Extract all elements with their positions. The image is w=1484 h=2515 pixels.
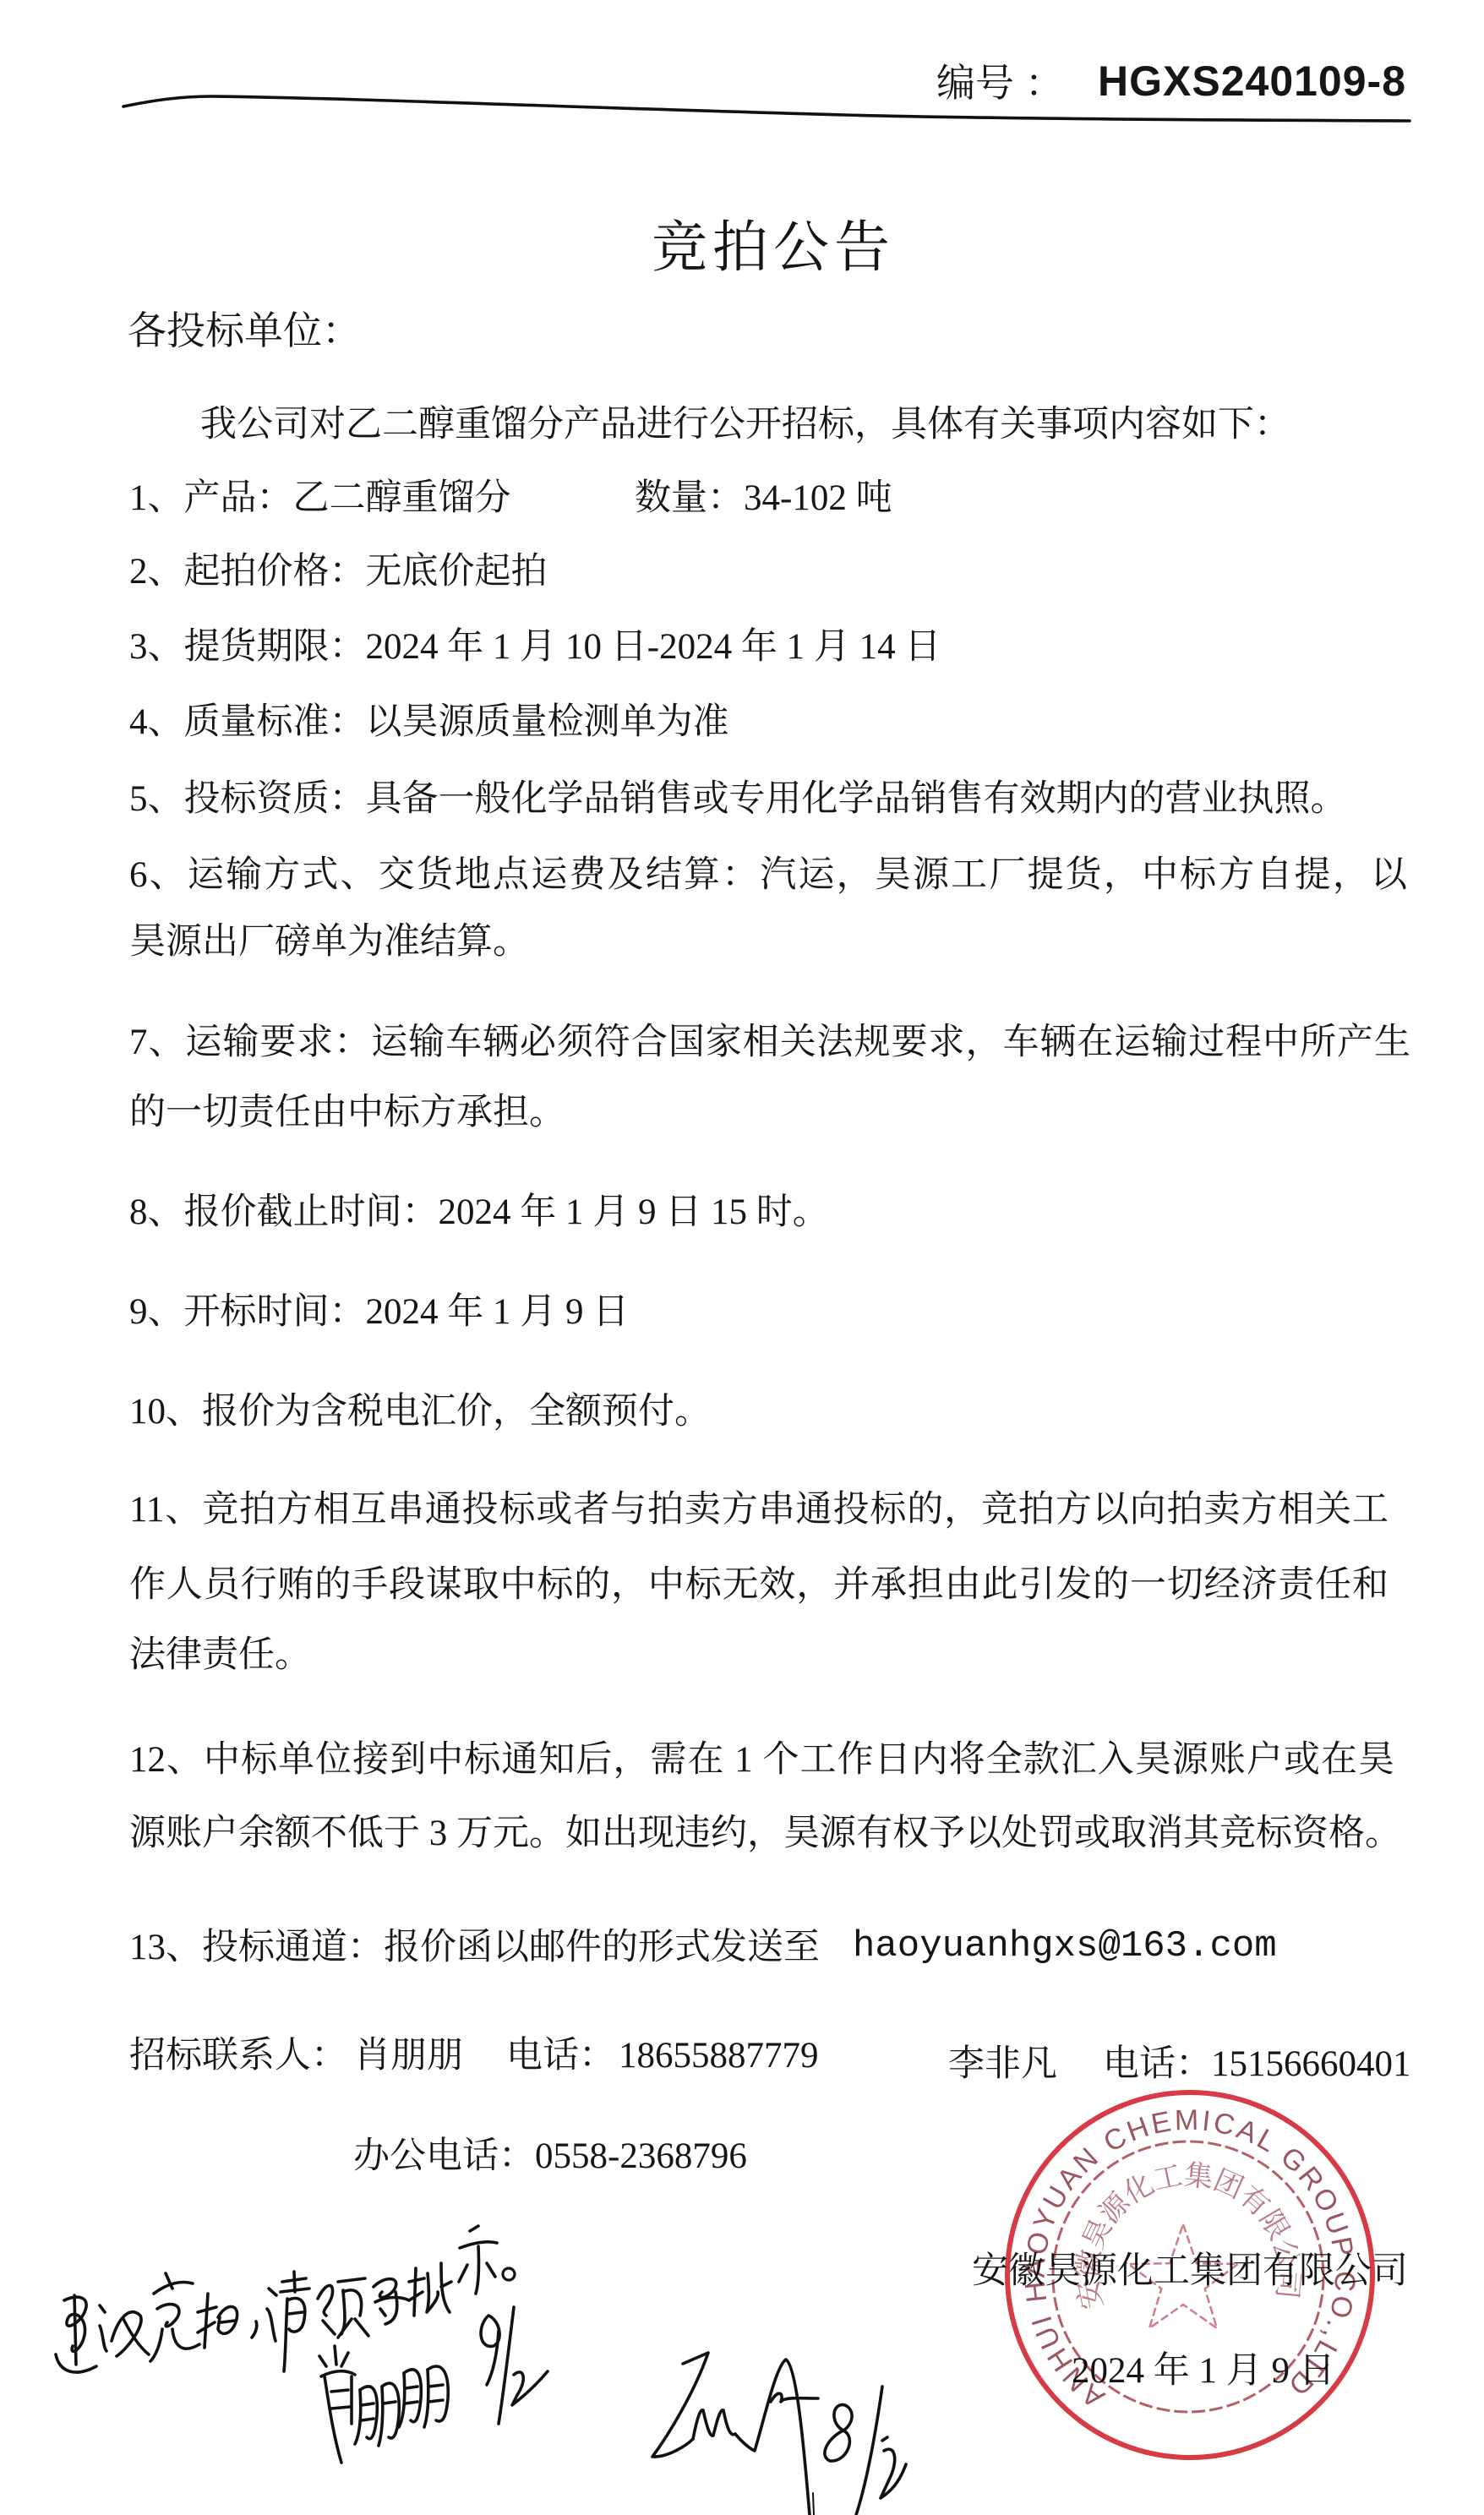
contact-1-phone: 18655887779	[619, 2031, 819, 2081]
bid-email: haoyuanhgxs@163.com	[853, 1921, 1277, 1972]
item-quote-deadline: 8、报价截止时间：2024 年 1 月 9 日 15 时。	[129, 1187, 829, 1238]
item-quality-standard: 4、质量标准：以昊源质量检测单为准	[129, 697, 729, 748]
item-product: 1、产品：乙二醇重馏分	[129, 473, 511, 524]
office-phone: 0558-2368796	[535, 2131, 747, 2182]
item-transport-method-line-2: 昊源出厂磅单为准结算。	[129, 917, 529, 968]
company-name: 安徽昊源化工集团有限公司	[972, 2246, 1408, 2297]
handwritten-note	[56, 2226, 515, 2372]
document-number: HGXS240109-8	[1098, 56, 1406, 106]
page-title: 竞拍公告	[652, 213, 895, 281]
item-transport-requirements-line-2: 的一切责任由中标方承担。	[129, 1088, 565, 1138]
handwritten-signature-2	[652, 2353, 906, 2515]
contact-2-phone: 15156660401	[1211, 2039, 1411, 2090]
intro-paragraph: 我公司对乙二醇重馏分产品进行公开招标，具体有关事项内容如下：	[200, 400, 1290, 450]
item-bid-channel: 13、投标通道：报价函以邮件的形式发送至	[129, 1923, 820, 1973]
contact-label: 招标联系人：	[129, 2031, 347, 2081]
handwritten-signature-1	[319, 2307, 548, 2463]
item-quantity: 数量：34-102 吨	[635, 473, 892, 524]
item-transport-requirements-line-1: 7、运输要求：运输车辆必须符合国家相关法规要求，车辆在运输过程中所产生	[129, 1017, 1410, 1068]
contact-1-name: 肖朋朋	[354, 2031, 463, 2081]
contact-2-name: 李非凡	[948, 2039, 1057, 2090]
office-phone-label: 办公电话：	[353, 2131, 535, 2182]
item-starting-price: 2、起拍价格：无底价起拍	[129, 547, 548, 597]
item-winner-payment-line-1: 12、中标单位接到中标通知后，需在 1 个工作日内将全款汇入昊源账户或在昊	[129, 1735, 1394, 1786]
item-collusion-clause-line-1: 11、竞拍方相互串通投标或者与拍卖方串通投标的，竞拍方以向拍卖方相关工	[129, 1485, 1389, 1536]
contact-2-phone-label: 电话：	[1103, 2039, 1212, 2090]
item-payment-terms: 10、报价为含税电汇价，全额预付。	[129, 1387, 711, 1438]
item-collusion-clause-line-3: 法律责任。	[129, 1630, 311, 1681]
contact-1-phone-label: 电话：	[506, 2031, 615, 2081]
document-number-label: 编号 ：	[936, 57, 1064, 108]
item-opening-time: 9、开标时间：2024 年 1 月 9 日	[129, 1287, 629, 1338]
item-pickup-period: 3、提货期限：2024 年 1 月 10 日-2024 年 1 月 14 日	[129, 622, 941, 673]
item-winner-payment-line-2: 源账户余额不低于 3 万元。如出现违约，昊源有权予以处罚或取消其竞标资格。	[129, 1809, 1401, 1859]
issue-date: 2024 年 1 月 9 日	[1072, 2346, 1335, 2397]
item-bidder-qualification: 5、投标资质：具备一般化学品销售或专用化学品销售有效期内的营业执照。	[129, 774, 1347, 825]
salutation: 各投标单位：	[128, 305, 361, 356]
item-collusion-clause-line-2: 作人员行贿的手段谋取中标的，中标无效，并承担由此引发的一切经济责任和	[129, 1560, 1389, 1611]
item-transport-method-line-1: 6、运输方式、交货地点运费及结算：汽运，昊源工厂提货，中标方自提，以	[129, 850, 1407, 901]
